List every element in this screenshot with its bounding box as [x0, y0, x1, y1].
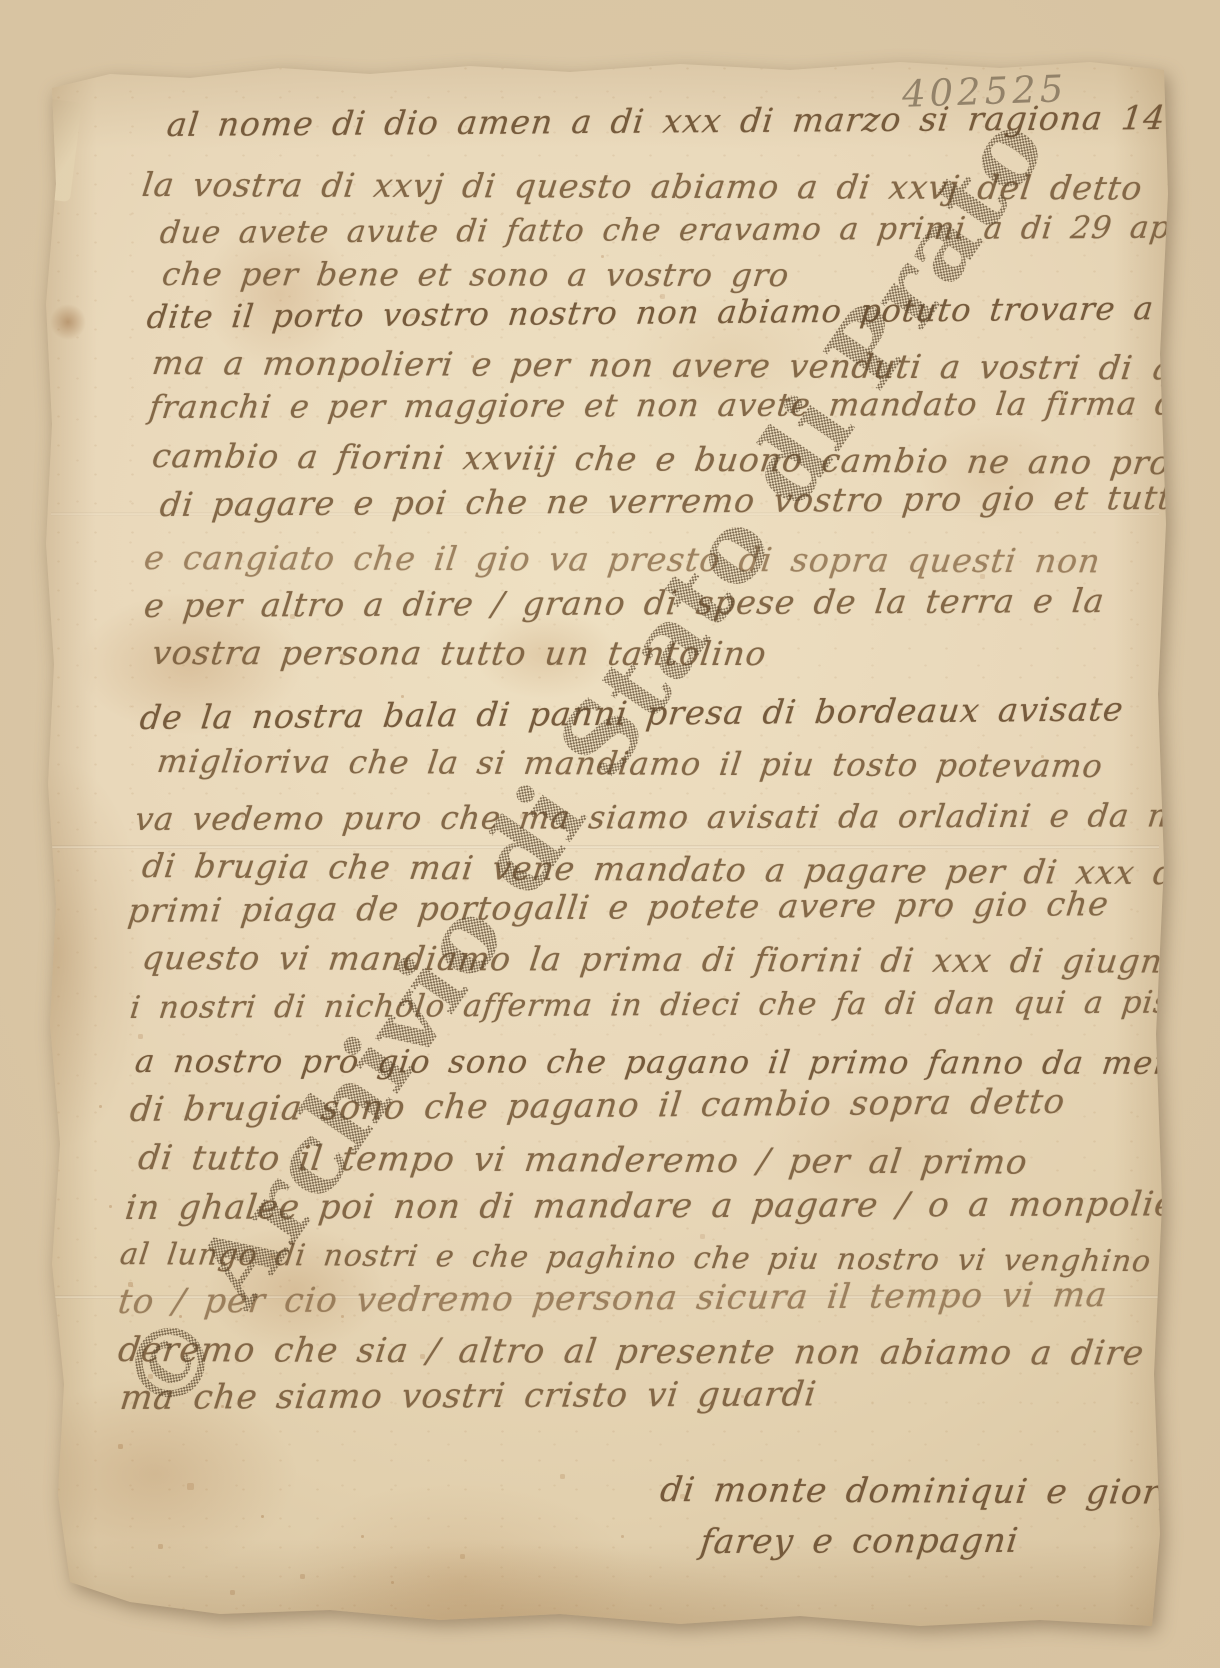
archival-number: 402525 [901, 67, 1068, 116]
manuscript-line: to / per cio vedremo persona sicura il t… [116, 1275, 1110, 1322]
paper-shadow-wrap: al nome di dio amen a di xxx di marzo si… [0, 0, 1220, 1668]
manuscript-line: e cangiato che il gio va presto di sopra… [142, 538, 1103, 580]
manuscript-line: al lungo di nostri e che paghino che piu… [118, 1237, 1220, 1280]
foxing-speckles [40, 54, 41, 55]
manuscript-line: la vostra di xxvj di questo abiamo a di … [140, 165, 1145, 207]
manuscript-line: i nostri di nicholo afferma in dieci che… [128, 984, 1192, 1026]
manuscript-line: de la nostra bala di panni presa di bord… [138, 689, 1126, 737]
manuscript-line: di tutto il tempo vi manderemo / per al … [136, 1138, 1030, 1183]
manuscript-line: deremo che sia / altro al presente non a… [116, 1330, 1147, 1374]
scan-mat: al nome di dio amen a di xxx di marzo si… [0, 0, 1220, 1668]
manuscript-line: in ghalee poi non di mandare a pagare / … [123, 1184, 1207, 1228]
corner-fold-top-left [30, 98, 82, 202]
manuscript-line: che per bene et sono a vostro gro [160, 255, 792, 294]
manuscript-line: vostra persona tutto un tantolino [150, 633, 769, 673]
manuscript-line: e per altro a dire / grano di spese de l… [142, 581, 1107, 625]
manuscript-line: franchi e per maggiore et non avete mand… [147, 384, 1220, 426]
manuscript-signature-line: di monte dominiqui e giorgio [658, 1470, 1219, 1513]
manuscript-signature-line: farey e conpagni [698, 1521, 1021, 1562]
manuscript-line: ma a monpolieri e per non avere venduti … [150, 343, 1210, 387]
manuscript-line: miglioriva che la si mandiamo il piu tos… [155, 742, 1105, 785]
manuscript-line: ma che siamo vostri cristo vi guardi [118, 1374, 819, 1418]
paper-sheet: al nome di dio amen a di xxx di marzo si… [40, 54, 1170, 1634]
manuscript-line: primi piaga de portogalli e potete avere… [126, 884, 1111, 930]
manuscript-line: di pagare e poi che ne verremo vostro pr… [158, 478, 1195, 524]
manuscript-line: dite il porto vostro nostro non abiamo p… [145, 288, 1220, 336]
manuscript-line: va vedemo puro che ma siamo avisati da o… [133, 796, 1203, 838]
manuscript-line: due avete avute di fatto che eravamo a p… [158, 209, 1220, 251]
manuscript-line: a nostro pro gio sono che pagano il prim… [133, 1042, 1220, 1082]
manuscript-line: cambio a fiorini xxviij che e buono camb… [150, 436, 1220, 483]
manuscript-line: di brugia sono che pagano il cambio sopr… [128, 1082, 1068, 1130]
manuscript-line: questo vi mandiamo la prima di fiorini d… [140, 938, 1186, 981]
